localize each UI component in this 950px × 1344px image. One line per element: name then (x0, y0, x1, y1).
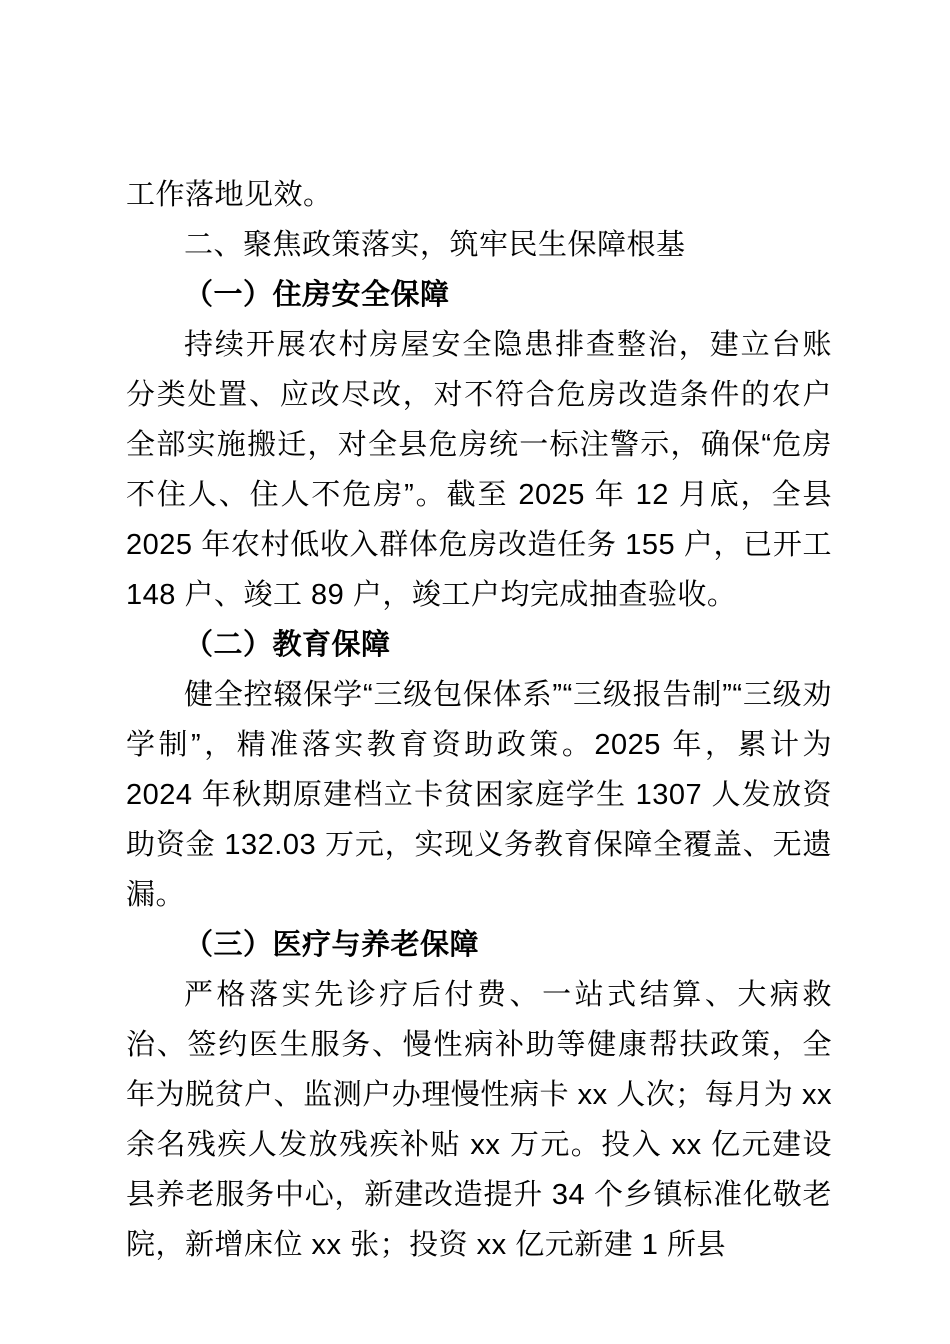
subsection-heading-medical-eldercare-security: （三）医疗与养老保障 (126, 920, 832, 970)
section-heading-policy-implementation: 二、聚焦政策落实，筑牢民生保障根基 (126, 220, 832, 270)
paragraph-housing-security: 持续开展农村房屋安全隐患排查整治，建立台账分类处置、应改尽改，对不符合危房改造条… (126, 320, 832, 620)
paragraph-education-security: 健全控辍保学“三级包保体系”“三级报告制”“三级劝学制”，精准落实教育资助政策。… (126, 670, 832, 920)
paragraph-medical-eldercare-security: 严格落实先诊疗后付费、一站式结算、大病救治、签约医生服务、慢性病补助等健康帮扶政… (126, 970, 832, 1270)
subsection-heading-education-security: （二）教育保障 (126, 620, 832, 670)
document-page: 工作落地见效。 二、聚焦政策落实，筑牢民生保障根基 （一）住房安全保障 持续开展… (0, 0, 950, 1344)
document-body: 工作落地见效。 二、聚焦政策落实，筑牢民生保障根基 （一）住房安全保障 持续开展… (126, 170, 832, 1270)
subsection-heading-housing-security: （一）住房安全保障 (126, 270, 832, 320)
paragraph-continuation: 工作落地见效。 (126, 170, 832, 220)
